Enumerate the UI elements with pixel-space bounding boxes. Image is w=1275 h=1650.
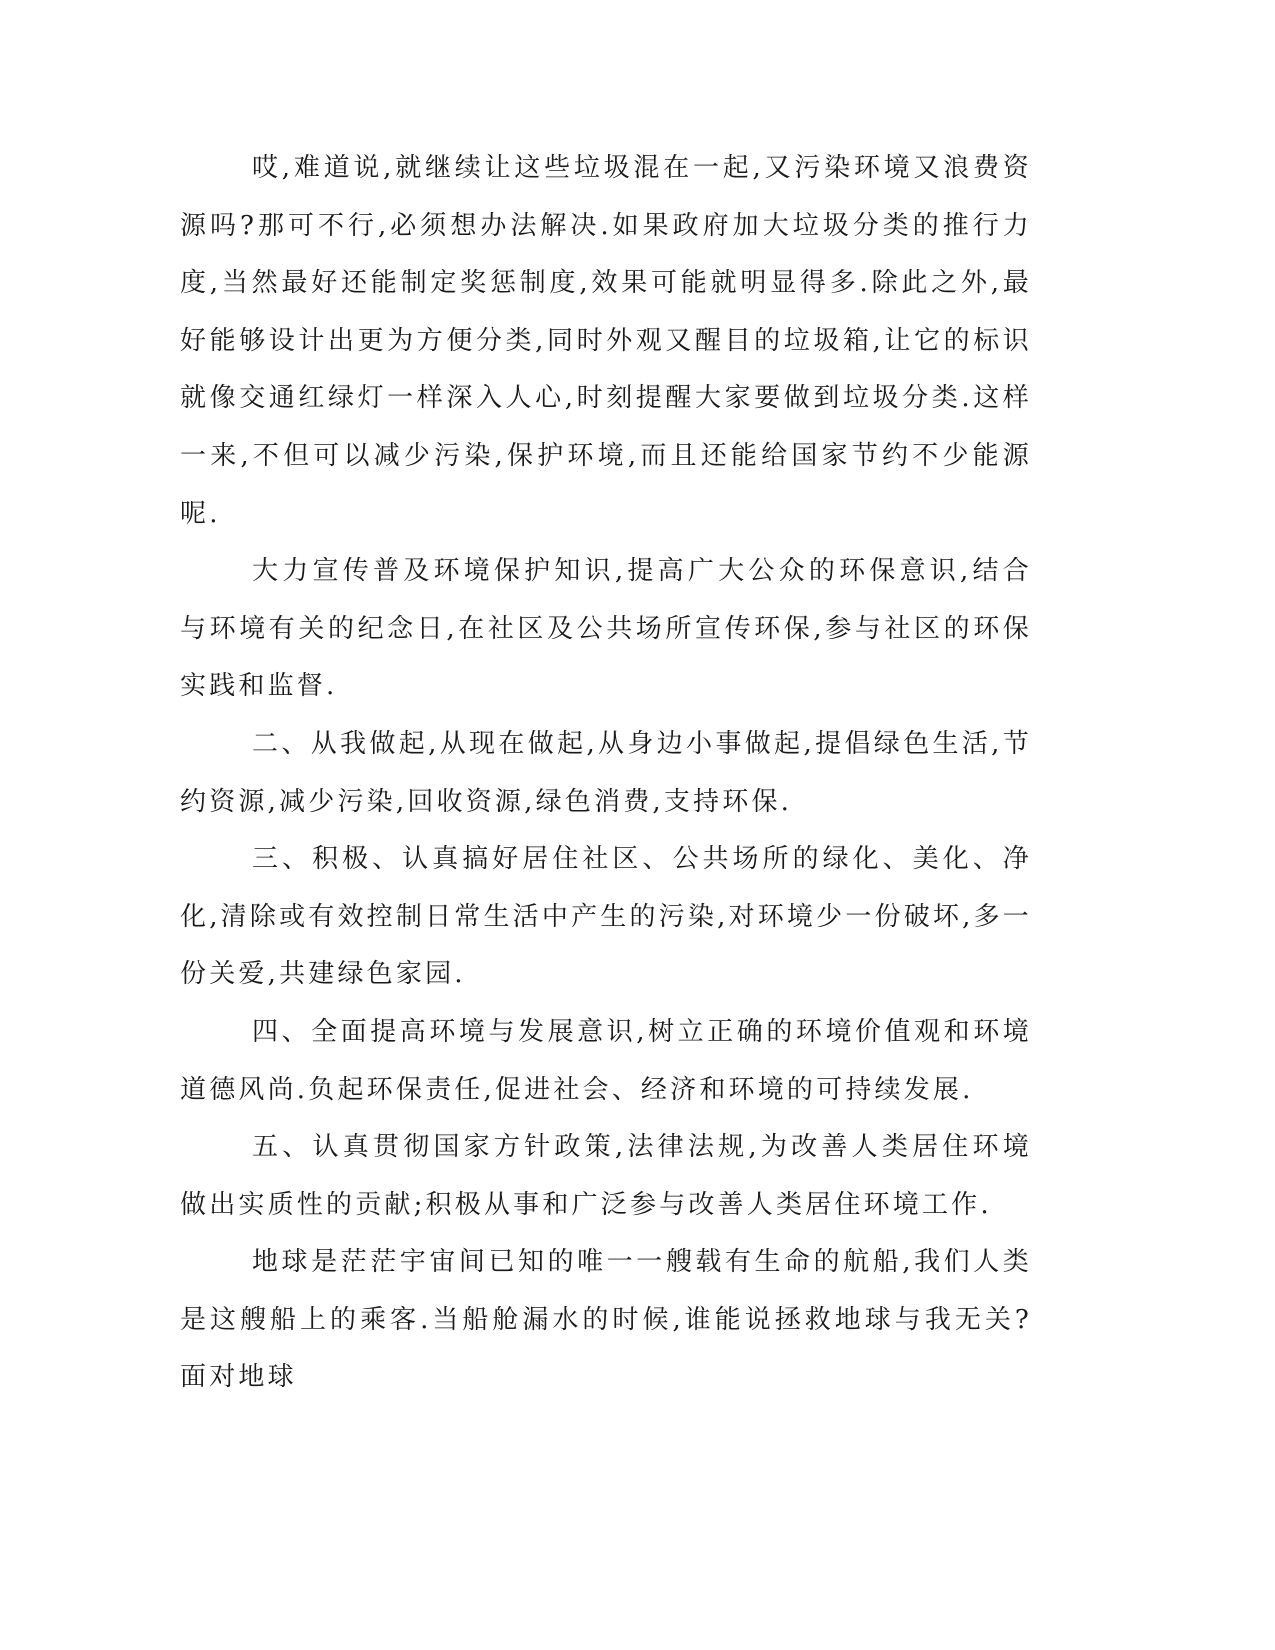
- paragraph-point-two: 二、从我做起,从现在做起,从身边小事做起,提倡绿色生活,节约资源,减少污染,回收…: [180, 716, 1032, 831]
- paragraph-point-four: 四、全面提高环境与发展意识,树立正确的环境价值观和环境道德风尚.负起环保责任,促…: [180, 1004, 1032, 1119]
- paragraph-point-three: 三、积极、认真搞好居住社区、公共场所的绿化、美化、净化,清除或有效控制日常生活中…: [180, 831, 1032, 1004]
- paragraph-point-five: 五、认真贯彻国家方针政策,法律法规,为改善人类居住环境做出实质性的贡献;积极从事…: [180, 1119, 1032, 1234]
- paragraph-environmental-education: 大力宣传普及环境保护知识,提高广大公众的环保意识,结合与环境有关的纪念日,在社区…: [180, 543, 1032, 716]
- document-page: 哎,难道说,就继续让这些垃圾混在一起,又污染环境又浪费资源吗?那可不行,必须想办…: [180, 140, 1032, 1407]
- paragraph-earth-ship: 地球是茫茫宇宙间已知的唯一一艘载有生命的航船,我们人类是这艘船上的乘客.当船舱漏…: [180, 1234, 1032, 1407]
- paragraph-garbage-sorting: 哎,难道说,就继续让这些垃圾混在一起,又污染环境又浪费资源吗?那可不行,必须想办…: [180, 140, 1032, 543]
